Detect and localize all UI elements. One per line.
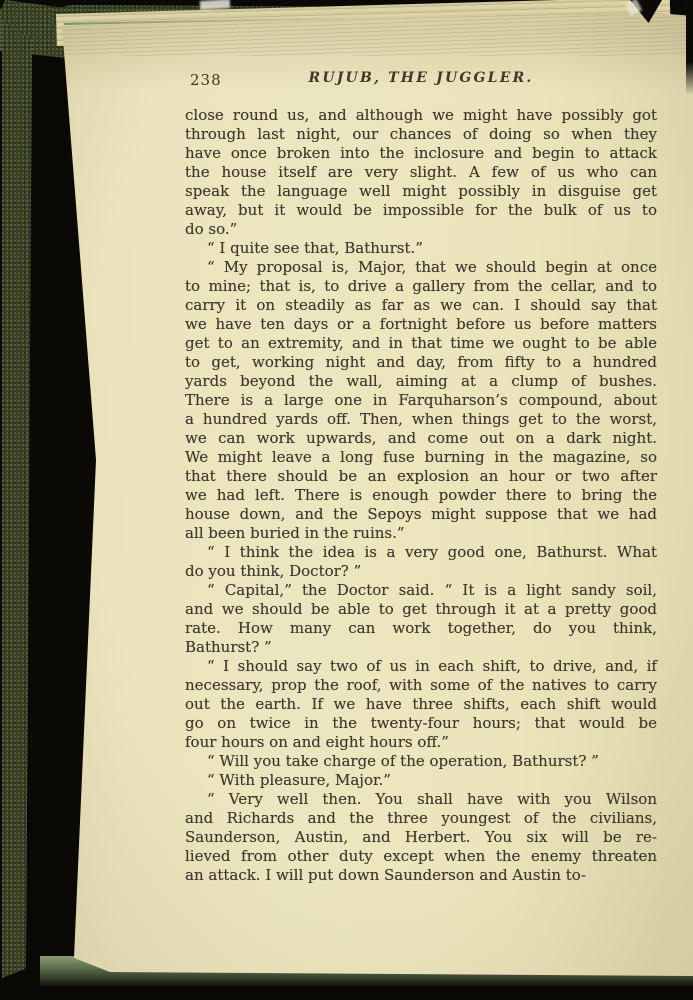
paragraph: “ I think the idea is a very good one, B… — [185, 543, 657, 581]
text-line: an attack. I will put down Saunderson an… — [185, 866, 657, 885]
text-line: Saunderson, Austin, and Herbert. You six… — [185, 828, 657, 847]
text-line: get to an extremity, and in that time we… — [185, 334, 657, 353]
paragraph: “ Will you take charge of the operation,… — [185, 752, 657, 771]
text-line: to mine; that is, to drive a gallery fro… — [185, 277, 657, 296]
text-line: we had left. There is enough powder ther… — [185, 486, 657, 505]
text-line: that there should be an explosion an hou… — [185, 467, 657, 486]
paragraph: “ Capital,” the Doctor said. “ It is a l… — [185, 581, 657, 657]
text-line: close round us, and although we might ha… — [185, 106, 657, 125]
text-line: speak the language well might possibly i… — [185, 182, 657, 201]
text-line: four hours on and eight hours off.” — [185, 733, 657, 752]
text-line: do so.” — [185, 220, 657, 239]
text-line: have once broken into the inclosure and … — [185, 144, 657, 163]
body-text: close round us, and although we might ha… — [185, 106, 657, 885]
text-line: the house itself are very slight. A few … — [185, 163, 657, 182]
text-line: we can work upwards, and come out on a d… — [185, 429, 657, 448]
text-line: carry it on steadily as far as we can. I… — [185, 296, 657, 315]
text-line: go on twice in the twenty-four hours; th… — [185, 714, 657, 733]
running-title: RUJUB, THE JUGGLER. — [185, 70, 657, 86]
text-line: do you think, Doctor? ” — [185, 562, 657, 581]
text-line: “ Will you take charge of the operation,… — [185, 752, 657, 771]
running-head: 238 RUJUB, THE JUGGLER. — [185, 70, 657, 90]
book-photo: 238 RUJUB, THE JUGGLER. close round us, … — [0, 0, 693, 1000]
text-line: necessary, prop the roof, with some of t… — [185, 676, 657, 695]
text-line: house down, and the Sepoys might suppose… — [185, 505, 657, 524]
text-line: all been buried in the ruins.” — [185, 524, 657, 543]
text-line: “ Very well then. You shall have with yo… — [185, 790, 657, 809]
paragraph: close round us, and although we might ha… — [185, 106, 657, 239]
text-line: “ My proposal is, Major, that we should … — [185, 258, 657, 277]
text-line: We might leave a long fuse burning in th… — [185, 448, 657, 467]
paragraph: “ Very well then. You shall have with yo… — [185, 790, 657, 885]
text-line: through last night, our chances of doing… — [185, 125, 657, 144]
text-line: we have ten days or a fortnight before u… — [185, 315, 657, 334]
paragraph: “ I quite see that, Bathurst.” — [185, 239, 657, 258]
text-line: a hundred yards off. Then, when things g… — [185, 410, 657, 429]
text-line: There is a large one in Farquharson’s co… — [185, 391, 657, 410]
text-line: Bathurst? ” — [185, 638, 657, 657]
text-line: away, but it would be impossible for the… — [185, 201, 657, 220]
text-line: rate. How many can work together, do you… — [185, 619, 657, 638]
text-line: lieved from other duty except when the e… — [185, 847, 657, 866]
text-line: “ I quite see that, Bathurst.” — [185, 239, 657, 258]
text-line: “ With pleasure, Major.” — [185, 771, 657, 790]
text-line: and Richards and the three youngest of t… — [185, 809, 657, 828]
paragraph: “ I should say two of us in each shift, … — [185, 657, 657, 752]
page-number: 238 — [190, 71, 222, 89]
printed-content: 238 RUJUB, THE JUGGLER. close round us, … — [0, 0, 693, 1000]
text-line: “ Capital,” the Doctor said. “ It is a l… — [185, 581, 657, 600]
paragraph: “ My proposal is, Major, that we should … — [185, 258, 657, 543]
text-line: “ I should say two of us in each shift, … — [185, 657, 657, 676]
paragraph: “ With pleasure, Major.” — [185, 771, 657, 790]
text-line: yards beyond the wall, aiming at a clump… — [185, 372, 657, 391]
text-line: to get, working night and day, from fift… — [185, 353, 657, 372]
text-line: and we should be able to get through it … — [185, 600, 657, 619]
text-line: out the earth. If we have three shifts, … — [185, 695, 657, 714]
text-line: “ I think the idea is a very good one, B… — [185, 543, 657, 562]
